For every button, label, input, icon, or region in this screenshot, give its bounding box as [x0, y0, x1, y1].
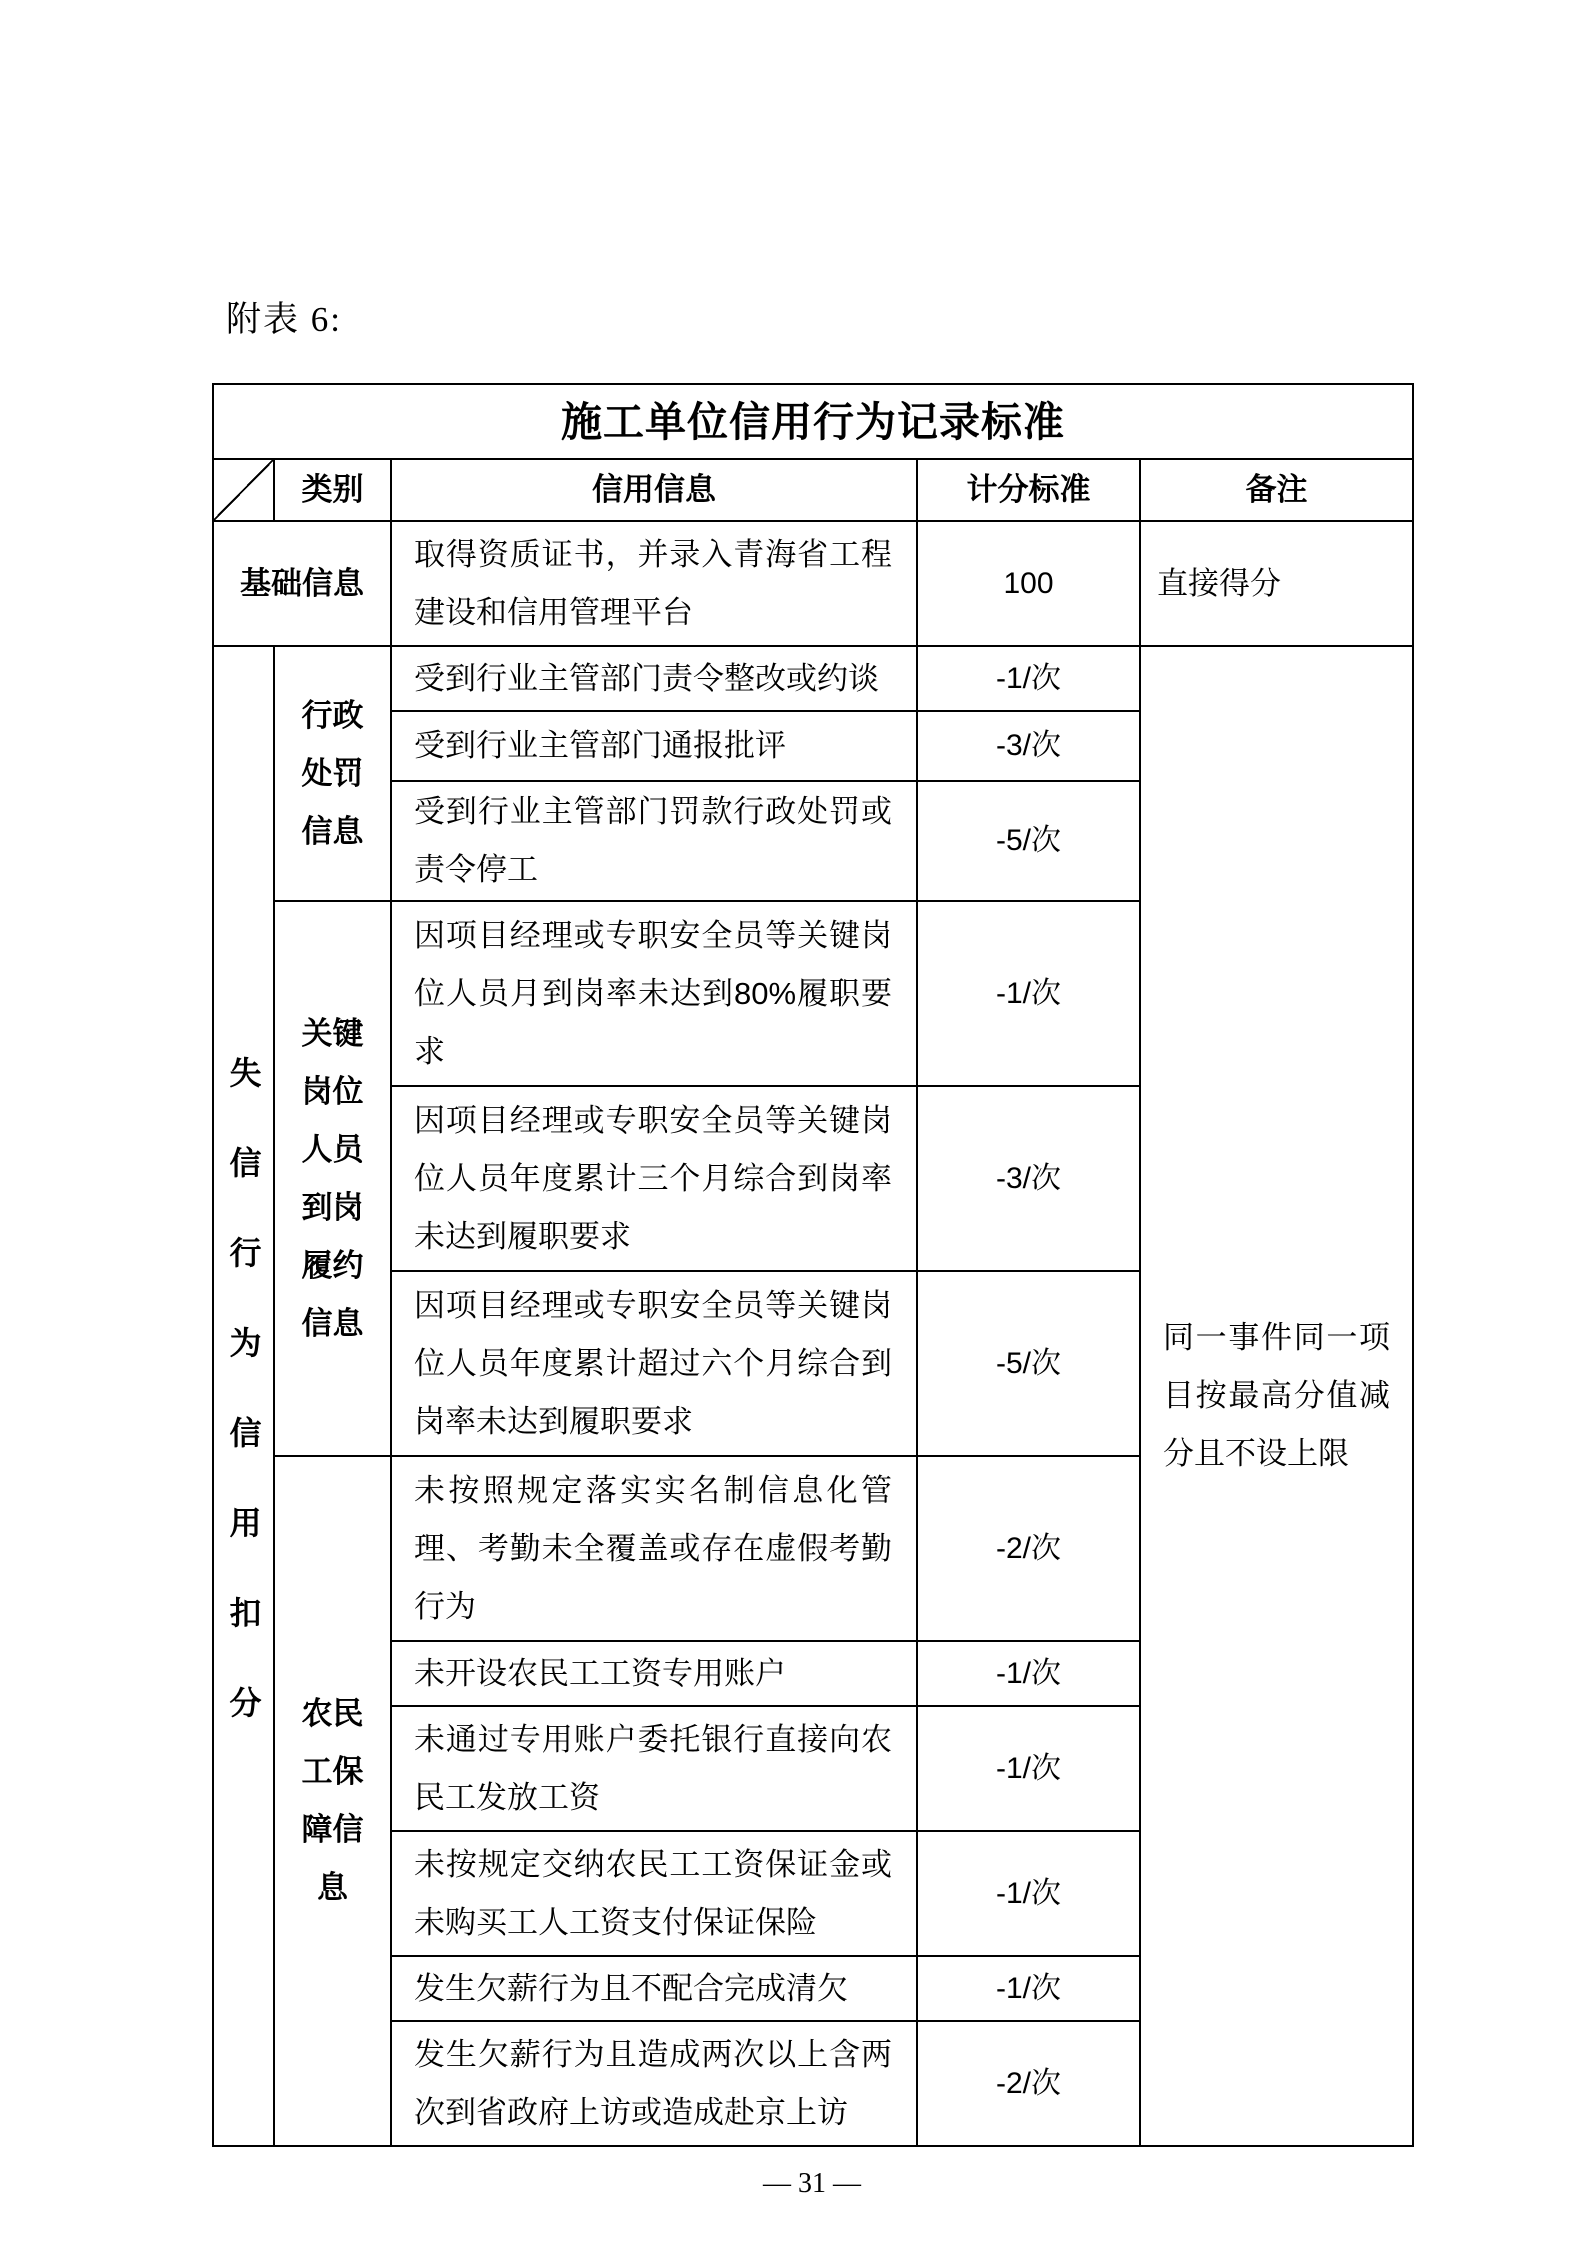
- header-remark: 备注: [1140, 459, 1413, 521]
- info-cell: 未按规定交纳农民工工资保证金或未购买工人工资支付保证保险: [391, 1831, 917, 1956]
- score-cell: -3/次: [917, 1086, 1140, 1271]
- score-cell: -1/次: [917, 1831, 1140, 1956]
- page-number: — 31 —: [212, 2168, 1412, 2200]
- header-credit-info: 信用信息: [391, 459, 917, 521]
- credit-standard-table: 施工单位信用行为记录标准 类别 信用信息 计分标准 备注 基础信息 取得资质证书…: [212, 383, 1414, 2147]
- info-cell: 未开设农民工工资专用账户: [391, 1641, 917, 1706]
- score-cell: -2/次: [917, 1456, 1140, 1641]
- info-cell: 未按照规定落实实名制信息化管理、考勤未全覆盖或存在虚假考勤行为: [391, 1456, 917, 1641]
- deduction-side-label-cell: 失信行为信用扣分: [213, 646, 274, 2146]
- category-key-position: 关键岗位人员到岗履约信息: [274, 901, 391, 1456]
- info-cell: 发生欠薪行为且造成两次以上含两次到省政府上访或造成赴京上访: [391, 2021, 917, 2146]
- info-cell: 因项目经理或专职安全员等关键岗位人员年度累计三个月综合到岗率未达到履职要求: [391, 1086, 917, 1271]
- score-cell: -1/次: [917, 901, 1140, 1086]
- basic-category-cell: 基础信息: [213, 521, 391, 646]
- header-category: 类别: [274, 459, 391, 521]
- score-cell: -1/次: [917, 1706, 1140, 1831]
- info-cell: 受到行业主管部门通报批评: [391, 711, 917, 781]
- info-cell: 受到行业主管部门罚款行政处罚或责令停工: [391, 781, 917, 901]
- score-cell: -5/次: [917, 781, 1140, 901]
- basic-info-cell: 取得资质证书，并录入青海省工程建设和信用管理平台: [391, 521, 917, 646]
- info-cell: 因项目经理或专职安全员等关键岗位人员月到岗率未达到80%履职要求: [391, 901, 917, 1086]
- score-cell: -1/次: [917, 646, 1140, 711]
- score-cell: -2/次: [917, 2021, 1140, 2146]
- table-caption: 附表 6:: [226, 292, 342, 342]
- document-page: 附表 6: 施工单位信用行为记录标准 类别 信用信息 计分标准 备注 基础信息 …: [0, 0, 1587, 2245]
- category-admin-penalty: 行政处罚信息: [274, 646, 391, 901]
- table-title: 施工单位信用行为记录标准: [213, 384, 1413, 459]
- diagonal-header-cell: [213, 459, 274, 521]
- basic-score-cell: 100: [917, 521, 1140, 646]
- info-cell: 未通过专用账户委托银行直接向农民工发放工资: [391, 1706, 917, 1831]
- info-cell: 因项目经理或专职安全员等关键岗位人员年度累计超过六个月综合到岗率未达到履职要求: [391, 1271, 917, 1456]
- score-cell: -1/次: [917, 1956, 1140, 2021]
- category-migrant-worker: 农民工保障信息: [274, 1456, 391, 2146]
- score-cell: -1/次: [917, 1641, 1140, 1706]
- deduction-side-label: 失信行为信用扣分: [215, 1056, 273, 1776]
- basic-remark-cell: 直接得分: [1140, 521, 1413, 646]
- header-scoring: 计分标准: [917, 459, 1140, 521]
- score-cell: -3/次: [917, 711, 1140, 781]
- info-cell: 发生欠薪行为且不配合完成清欠: [391, 1956, 917, 2021]
- score-cell: -5/次: [917, 1271, 1140, 1456]
- info-cell: 受到行业主管部门责令整改或约谈: [391, 646, 917, 711]
- deduction-remark-cell: 同一事件同一项目按最高分值减分且不设上限: [1140, 646, 1413, 2146]
